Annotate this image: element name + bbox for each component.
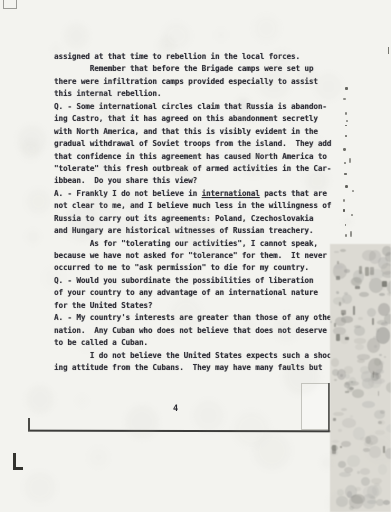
scan-l-mark <box>13 467 23 470</box>
scan-bottom-right-box <box>301 383 330 430</box>
document-line: A. - My country's interests are greater … <box>54 312 340 324</box>
document-line: to be called a Cuban. <box>54 337 340 349</box>
document-line: not clear to me, and I believe much less… <box>54 200 340 212</box>
scanned-document-page: assigned at that time to rebellion in th… <box>0 0 391 512</box>
document-line: with North America, and that this is vis… <box>54 126 340 138</box>
scan-edge-tick <box>388 47 389 54</box>
document-line: because we have not asked for "tolerance… <box>54 250 340 262</box>
document-line: Russia to carry out its agreements: Pola… <box>54 213 340 225</box>
document-line: "tolerate" this fresh outbreak of armed … <box>54 163 340 175</box>
document-line: Q. - Some international circles claim th… <box>54 101 340 113</box>
document-line: ibbean. Do you share this view? <box>54 175 340 187</box>
document-line: ing Castro, that it has agreed on this a… <box>54 113 340 125</box>
document-line: As for "tolerating our activities", I ca… <box>54 238 340 250</box>
document-line: that confidence in this agreement has ca… <box>54 151 340 163</box>
scan-tick-mark <box>28 418 30 431</box>
page-number: 4 <box>173 404 178 414</box>
document-line: gradual withdrawal of Soviet troops from… <box>54 138 340 150</box>
document-line: occurred to me to "ask permission" to di… <box>54 262 340 274</box>
document-line: Remember that before the Brigade camps w… <box>54 63 340 75</box>
scan-corner-box-mark <box>3 0 17 9</box>
document-line: of your country to any advantage of an i… <box>54 287 340 299</box>
typewritten-text-block: assigned at that time to rebellion in th… <box>54 51 340 374</box>
document-line: I do not believe the United States expec… <box>54 350 340 362</box>
document-line: Q. - Would you subordinate the possibili… <box>54 275 340 287</box>
document-line: this internal rebellion. <box>54 88 340 100</box>
document-line: for the United States? <box>54 300 340 312</box>
document-line: nation. Any Cuban who does not believe t… <box>54 325 340 337</box>
scan-noise-region <box>330 244 391 512</box>
document-line: ing attitude from the Cubans. They may h… <box>54 362 340 374</box>
document-line: assigned at that time to rebellion in th… <box>54 51 340 63</box>
page-bottom-border-line <box>28 430 346 433</box>
document-line: and Hungary are historical witnesses of … <box>54 225 340 237</box>
document-line: there were infiltration camps provided e… <box>54 76 340 88</box>
document-line: A. - Frankly I do not believe in interna… <box>54 188 340 200</box>
